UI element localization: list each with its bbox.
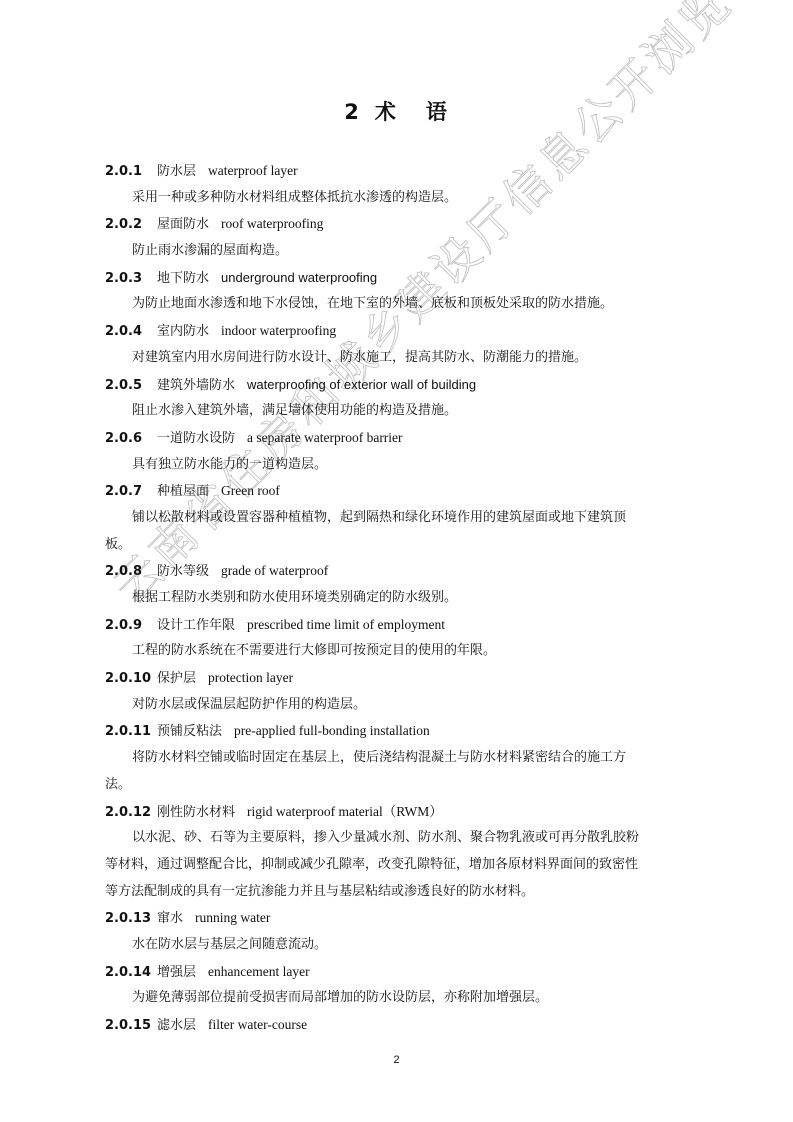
term-zh: 增强层 [157,965,196,980]
term-en: protection layer [208,670,293,685]
term-definition-continued: 等材料，通过调整配合比，抑制或减少孔隙率，改变孔隙特征，增加各原材料界面间的致密… [105,852,695,879]
term-heading: 2.0.6一道防水设防a separate waterproof barrier [105,425,695,452]
term-heading: 2.0.13窜水running water [105,905,695,932]
term-heading: 2.0.5建筑外墙防水waterproofing of exterior wal… [105,372,695,399]
term-code: 2.0.5 [105,373,155,400]
term-code: 2.0.7 [105,479,155,506]
term-definition-continued: 板。 [105,532,695,559]
term-en: grade of waterproof [221,563,328,578]
term-heading: 2.0.4室内防水indoor waterproofing [105,318,695,345]
term-zh: 预铺反粘法 [157,724,222,739]
term-en: enhancement layer [208,964,310,979]
term-definition: 具有独立防水能力的一道构造层。 [105,452,695,479]
term-definition: 将防水材料空铺或临时固定在基层上，使后浇结构混凝土与防水材料紧密结合的施工方 [105,745,695,772]
term-definition: 根据工程防水类别和防水使用环境类别确定的防水级别。 [105,585,695,612]
term-heading: 2.0.14增强层enhancement layer [105,959,695,986]
chapter-title: 2术语 [0,96,793,126]
term-definition: 采用一种或多种防水材料组成整体抵抗水渗透的构造层。 [105,185,695,212]
term-code: 2.0.11 [105,719,155,746]
page-number: 2 [0,1054,793,1066]
term-zh: 保护层 [157,671,196,686]
term-heading: 2.0.15滤水层filter water-course [105,1012,695,1039]
term-zh: 设计工作年限 [157,618,235,633]
term-heading: 2.0.7种植屋面Green roof [105,478,695,505]
term-en: pre-applied full-bonding installation [234,723,430,738]
term-code: 2.0.8 [105,559,155,586]
term-en: Green roof [221,483,280,498]
term-definition: 防止雨水渗漏的屋面构造。 [105,238,695,265]
term-code: 2.0.1 [105,159,155,186]
term-en: roof waterproofing [221,216,323,231]
term-en: waterproofing of exterior wall of buildi… [247,377,476,392]
term-code: 2.0.6 [105,426,155,453]
term-zh: 防水层 [157,164,196,179]
term-heading: 2.0.8防水等级grade of waterproof [105,558,695,585]
term-definition: 铺以松散材料或设置容器种植植物，起到隔热和绿化环境作用的建筑屋面或地下建筑顶 [105,505,695,532]
term-definition: 工程的防水系统在不需要进行大修即可按预定目的使用的年限。 [105,638,695,665]
term-en: indoor waterproofing [221,323,336,338]
chapter-title-word-1: 术 [375,100,398,124]
term-heading: 2.0.2屋面防水roof waterproofing [105,211,695,238]
term-code: 2.0.9 [105,613,155,640]
term-heading: 2.0.1防水层waterproof layer [105,158,695,185]
term-definition: 对防水层或保温层起防护作用的构造层。 [105,692,695,719]
term-en: a separate waterproof barrier [247,430,403,445]
term-heading: 2.0.9设计工作年限prescribed time limit of empl… [105,612,695,639]
term-heading: 2.0.10保护层protection layer [105,665,695,692]
term-definition: 阻止水渗入建筑外墙，满足墙体使用功能的构造及措施。 [105,398,695,425]
term-zh: 一道防水设防 [157,431,235,446]
term-definition-continued: 法。 [105,772,695,799]
term-definition: 为防止地面水渗透和地下水侵蚀，在地下室的外墙、底板和顶板处采取的防水措施。 [105,291,695,318]
term-definition: 水在防水层与基层之间随意流动。 [105,932,695,959]
chapter-title-word-2: 语 [426,100,449,124]
term-zh: 滤水层 [157,1018,196,1033]
term-heading: 2.0.12刚性防水材料rigid waterproof material（RW… [105,799,695,826]
term-zh: 防水等级 [157,564,209,579]
term-en: filter water-course [208,1017,307,1032]
term-heading: 2.0.11预铺反粘法pre-applied full-bonding inst… [105,718,695,745]
chapter-number: 2 [344,100,361,124]
term-en: waterproof layer [208,163,298,178]
term-definition: 为避免薄弱部位提前受损害而局部增加的防水设防层，亦称附加增强层。 [105,985,695,1012]
term-zh: 建筑外墙防水 [157,378,235,393]
term-zh: 种植屋面 [157,484,209,499]
term-code: 2.0.3 [105,266,155,293]
term-en: prescribed time limit of employment [247,617,445,632]
term-zh: 窜水 [157,911,183,926]
term-code: 2.0.12 [105,800,155,827]
term-code: 2.0.14 [105,960,155,987]
term-code: 2.0.2 [105,212,155,239]
term-en: underground waterproofing [221,270,377,285]
term-definition: 对建筑室内用水房间进行防水设计、防水施工，提高其防水、防潮能力的措施。 [105,345,695,372]
term-code: 2.0.13 [105,906,155,933]
term-heading: 2.0.3地下防水underground waterproofing [105,265,695,292]
term-en: rigid waterproof material（RWM） [247,804,443,819]
terms-list: 2.0.1防水层waterproof layer 采用一种或多种防水材料组成整体… [105,158,695,1039]
term-definition: 以水泥、砂、石等为主要原料，掺入少量减水剂、防水剂、聚合物乳液或可再分散乳胶粉 [105,825,695,852]
term-zh: 室内防水 [157,324,209,339]
term-zh: 地下防水 [157,271,209,286]
term-code: 2.0.15 [105,1013,155,1040]
term-zh: 刚性防水材料 [157,805,235,820]
document-page: 云南省住房和城乡建设厅信息公开浏览专用 2术语 2.0.1防水层waterpro… [0,0,793,1122]
term-code: 2.0.10 [105,666,155,693]
term-en: running water [195,910,270,925]
term-definition-continued: 等方法配制成的具有一定抗渗能力并且与基层粘结或渗透良好的防水材料。 [105,879,695,906]
term-code: 2.0.4 [105,319,155,346]
term-zh: 屋面防水 [157,217,209,232]
